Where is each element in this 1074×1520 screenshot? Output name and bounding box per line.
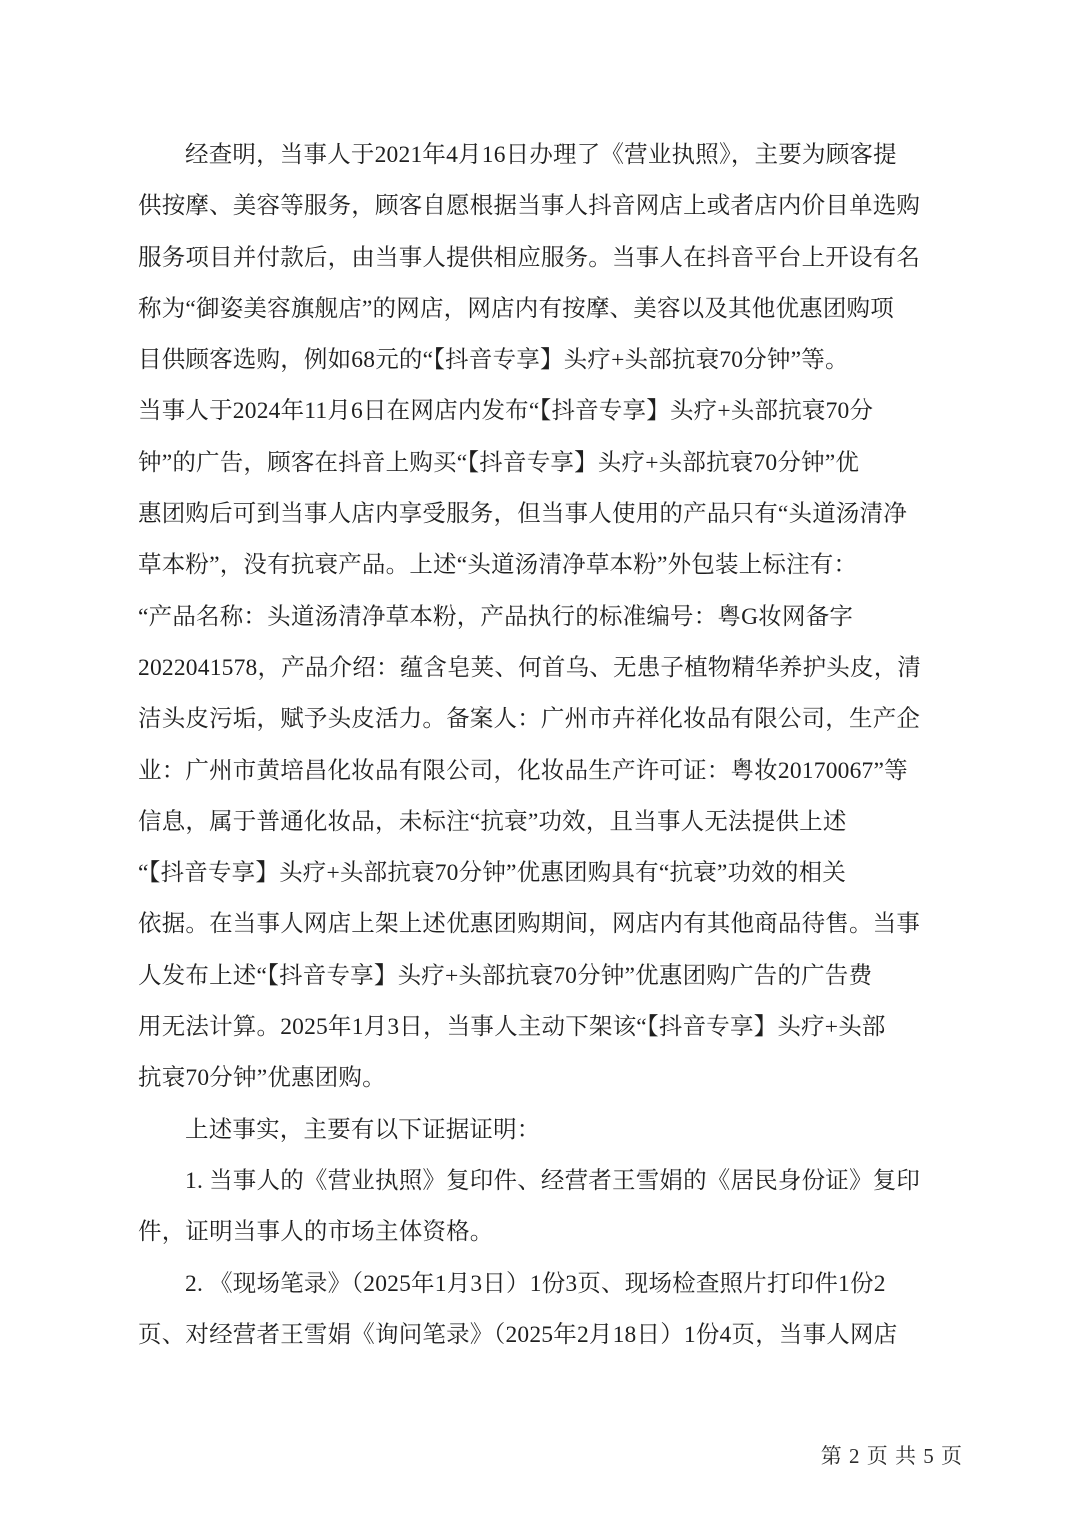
document-line: 惠团购后可到当事人店内享受服务，但当事人使用的产品只有“头道汤清净	[138, 489, 950, 540]
document-line: 1. 当事人的《营业执照》复印件、经营者王雪娟的《居民身份证》复印	[138, 1156, 950, 1207]
document-line: 经查明，当事人于2021年4月16日办理了《营业执照》，主要为顾客提	[138, 130, 950, 181]
document-line: 抗衰70分钟”优惠团购。	[138, 1053, 950, 1104]
document-line: “【抖音专享】头疗+头部抗衰70分钟”优惠团购具有“抗衰”功效的相关	[138, 848, 950, 899]
document-line: 草本粉”，没有抗衰产品。上述“头道汤清净草本粉”外包装上标注有：	[138, 540, 950, 591]
document-line: 用无法计算。2025年1月3日，当事人主动下架该“【抖音专享】头疗+头部	[138, 1002, 950, 1053]
page-number: 第 2 页 共 5 页	[821, 1442, 963, 1470]
document-line: 页、对经营者王雪娟《询问笔录》（2025年2月18日）1份4页，当事人网店	[138, 1310, 950, 1361]
document-line: 供按摩、美容等服务，顾客自愿根据当事人抖音网店上或者店内价目单选购	[138, 181, 950, 232]
document-line: 依据。在当事人网店上架上述优惠团购期间，网店内有其他商品待售。当事	[138, 899, 950, 950]
document-line: 2. 《现场笔录》（2025年1月3日）1份3页、现场检查照片打印件1份2	[138, 1259, 950, 1310]
document-line: 人发布上述“【抖音专享】头疗+头部抗衰70分钟”优惠团购广告的广告费	[138, 951, 950, 1002]
document-page: 经查明，当事人于2021年4月16日办理了《营业执照》，主要为顾客提供按摩、美容…	[0, 0, 1074, 1520]
document-line: 业：广州市黄培昌化妆品有限公司，化妆品生产许可证：粤妆20170067”等	[138, 746, 950, 797]
document-line: 上述事实，主要有以下证据证明：	[138, 1105, 950, 1156]
document-body: 经查明，当事人于2021年4月16日办理了《营业执照》，主要为顾客提供按摩、美容…	[138, 130, 950, 1361]
document-line: 服务项目并付款后，由当事人提供相应服务。当事人在抖音平台上开设有名	[138, 233, 950, 284]
document-line: “产品名称：头道汤清净草本粉，产品执行的标准编号：粤G妆网备字	[138, 592, 950, 643]
document-line: 目供顾客选购，例如68元的“【抖音专享】头疗+头部抗衰70分钟”等。	[138, 335, 950, 386]
document-line: 洁头皮污垢，赋予头皮活力。备案人：广州市卉祥化妆品有限公司，生产企	[138, 694, 950, 745]
document-line: 称为“御姿美容旗舰店”的网店，网店内有按摩、美容以及其他优惠团购项	[138, 284, 950, 335]
document-line: 2022041578，产品介绍：蕴含皂荚、何首乌、无患子植物精华养护头皮，清	[138, 643, 950, 694]
document-line: 信息，属于普通化妆品，未标注“抗衰”功效，且当事人无法提供上述	[138, 797, 950, 848]
document-line: 钟”的广告，顾客在抖音上购买“【抖音专享】头疗+头部抗衰70分钟”优	[138, 438, 950, 489]
document-line: 件，证明当事人的市场主体资格。	[138, 1207, 950, 1258]
document-line: 当事人于2024年11月6日在网店内发布“【抖音专享】头疗+头部抗衰70分	[138, 386, 950, 437]
